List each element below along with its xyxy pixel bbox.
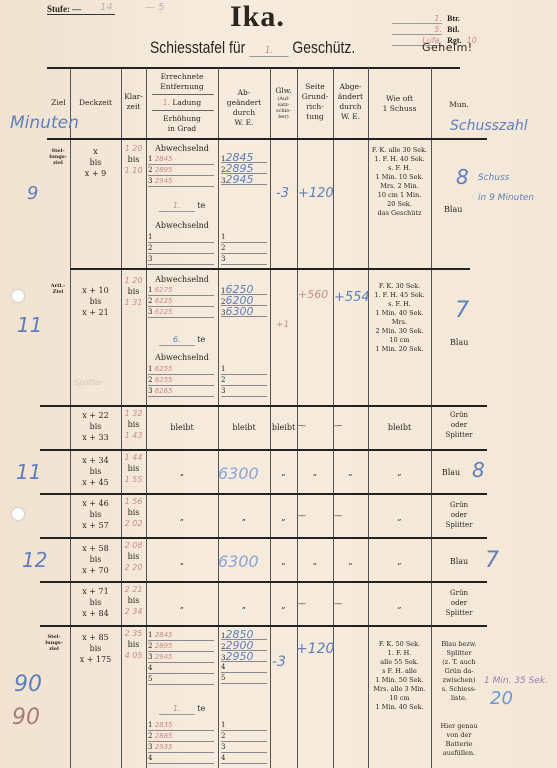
row8-type: Stel- lungs- ziel xyxy=(44,634,64,652)
table-top-rule xyxy=(47,67,460,69)
te-value: 6. xyxy=(159,334,195,346)
row2-glw-hw: +1 xyxy=(276,320,289,330)
klar-top: 1 56 xyxy=(121,496,146,507)
row8-ziel-hw-2: 90 xyxy=(12,705,40,730)
row4-deckzeit: x + 34 bis x + 45 xyxy=(70,455,121,488)
ladung-label: Ladung xyxy=(172,98,201,107)
row2-abwechselnd: Abwechselnd xyxy=(146,274,218,285)
row5-glw: „ xyxy=(270,512,297,523)
row7-seite: — xyxy=(297,598,307,609)
entf-value: 2835 xyxy=(155,721,173,729)
row8-mun-hw: 20 xyxy=(490,688,513,709)
row6-deckzeit: x + 58 bis x + 70 xyxy=(70,543,121,576)
row8-correction-hw: 1 Min. 35 Sek. xyxy=(484,676,548,686)
col-header-erhoehung: Erhöhung in Grad xyxy=(146,114,218,134)
col-header-glw: Glw. (Auf- satz- schie- ber) xyxy=(270,86,297,120)
entf-value: 6255 xyxy=(155,376,173,384)
klar-top: 2 21 xyxy=(121,584,146,595)
unit-block: 1. Btr. 5. Btl. Lufa. Rgt. 10 xyxy=(392,6,477,39)
klar-top: 1 32 xyxy=(121,408,146,419)
row8-wie-oft: F. K. 50 Sek. 1. F. H. alle 55 Sek. s F.… xyxy=(368,640,431,712)
row-rule xyxy=(40,405,487,407)
row7-abg: — xyxy=(333,598,343,609)
row6-seite: „ xyxy=(297,556,333,567)
header-bottom-rule xyxy=(47,138,487,140)
row2-deckzeit: x + 10 bis x + 21 xyxy=(70,285,121,318)
row6-abg: „ xyxy=(333,556,368,567)
we-value: 2950 xyxy=(225,650,253,663)
row2-wie-oft: F. K. 30 Sek. 1. F. H. 45 Sek. s. F. H. … xyxy=(368,282,431,354)
row6-we-hw: 6300 xyxy=(218,552,259,571)
row1-deckzeit: x bis x + 9 xyxy=(70,146,121,179)
col-divider xyxy=(146,68,147,768)
ziel-handwritten: Minuten xyxy=(10,113,79,133)
entf-value: 6225 xyxy=(155,308,173,316)
row4-wie-oft: „ xyxy=(368,467,431,478)
row7-entf: „ xyxy=(146,600,218,611)
row1-mun: Blau xyxy=(444,204,462,215)
row8-mun: Blau bezw. Splitter (z. T. auch Grün da-… xyxy=(431,640,487,703)
klar-bot: 1 10 xyxy=(121,165,146,176)
klar-bot: 1 55 xyxy=(121,474,146,485)
row3-glw: bleibt xyxy=(270,422,297,433)
klar-top: 2 35 xyxy=(121,628,146,639)
row1-abwechselnd-2: Abwechselnd xyxy=(146,220,218,231)
subtitle: Schiesstafel für 1. Geschütz. xyxy=(150,38,355,58)
row5-wie-oft: „ xyxy=(368,512,431,523)
geschuetz-number: 1. xyxy=(249,45,288,57)
row7-we: „ xyxy=(218,600,270,611)
stufe-label: Stufe: — xyxy=(47,4,81,14)
row-rule xyxy=(70,268,470,270)
klar-bot: 1 43 xyxy=(121,430,146,441)
col-divider xyxy=(297,68,298,768)
row2-ziel-hw: 11 xyxy=(17,313,42,337)
row5-we: „ xyxy=(218,512,270,523)
row1-entf2-lines: 123 xyxy=(148,232,214,265)
row3-mun: Grün oder Splitter xyxy=(431,410,487,440)
row2-seite-hw: +560 xyxy=(298,288,328,301)
row3-entf: bleibt xyxy=(146,422,218,433)
col-header-seite: Seite Grund- rich- tung xyxy=(297,82,333,122)
row2-abg-hw: +554 xyxy=(334,290,370,305)
glw-label: Glw. xyxy=(270,86,297,96)
row5-mun: Grün oder Splitter xyxy=(431,500,487,530)
row6-entf: „ xyxy=(146,556,218,567)
te-value: 1. xyxy=(159,200,195,212)
row-rule xyxy=(40,581,487,583)
header-divider xyxy=(152,94,214,95)
punch-hole xyxy=(12,508,24,520)
entf-value: 6225 xyxy=(155,297,173,305)
entf-value: 2845 xyxy=(155,155,173,163)
row8-klarzeit: 2 35 bis 4 05 xyxy=(121,628,146,661)
row8-seite-hw: +120 xyxy=(296,641,334,657)
entf-value: 6265 xyxy=(155,387,173,395)
row1-entf-lines: 1 2845 2 2895 3 2945 xyxy=(148,154,214,187)
subtitle-prefix: Schiesstafel für xyxy=(150,38,245,57)
entf-value: 2945 xyxy=(155,177,173,185)
klar-bot: 1 31 xyxy=(121,297,146,308)
row7-klarzeit: 2 21bis2 34 xyxy=(121,584,146,617)
klar-mid: bis xyxy=(121,286,146,297)
row8-ziel-hw: 90 xyxy=(14,672,42,697)
row8-glw-hw: -3 xyxy=(272,654,286,670)
row1-klarzeit: 1 20 bis 1 10 xyxy=(121,143,146,176)
klar-mid: bis xyxy=(121,154,146,165)
col-header-errechnete: Errechnete Entfernung xyxy=(146,72,218,92)
row6-mun-hw: 7 xyxy=(485,548,499,573)
row1-te: 1. te xyxy=(146,200,218,212)
row-rule xyxy=(40,537,487,539)
header-divider xyxy=(152,110,214,111)
klar-bot: 2 02 xyxy=(121,518,146,529)
col-header-abgeaendert: Ab- geändert durch W. E. xyxy=(218,88,270,128)
row3-we: bleibt xyxy=(218,422,270,433)
row5-abg: — xyxy=(333,510,343,521)
row8-we-lines: 12850 22900 32950 45 xyxy=(221,629,267,684)
col-divider xyxy=(270,68,271,768)
row2-we2-lines: 123 xyxy=(221,364,267,397)
row-rule xyxy=(40,625,487,627)
row3-deckzeit: x + 22 bis x + 33 xyxy=(70,410,121,443)
stufe-handwritten: 14 xyxy=(100,2,113,13)
row3-wie-oft: bleibt xyxy=(368,422,431,433)
klar-mid: bis xyxy=(121,639,146,650)
klar-bot: 2 20 xyxy=(121,562,146,573)
entf-value: 2885 xyxy=(155,732,173,740)
col-header-ziel: Ziel xyxy=(47,98,70,108)
row1-glw-hw: -3 xyxy=(276,186,289,201)
row8-mun-note: Hier genau von der Batterie ausfüllen. xyxy=(431,722,487,758)
stufe-underline xyxy=(47,14,115,15)
subtitle-suffix: Geschütz. xyxy=(292,38,355,57)
row5-deckzeit: x + 46 bis x + 57 xyxy=(70,498,121,531)
col-header-mun: Mun. xyxy=(431,100,487,110)
row6-glw: „ xyxy=(270,556,297,567)
row7-glw: „ xyxy=(270,600,297,611)
row2-we-lines: 16250 26200 36300 xyxy=(221,284,267,317)
te-label: te xyxy=(197,704,205,713)
row4-abg: „ xyxy=(333,467,368,478)
row4-mun: Blau xyxy=(431,467,471,478)
row5-klarzeit: 1 56bis2 02 xyxy=(121,496,146,529)
entf-value: 6275 xyxy=(155,286,173,294)
row2-abwechselnd-2: Abwechselnd xyxy=(146,352,218,363)
entf-value: 2895 xyxy=(155,166,173,174)
klar-bot: 4 05 xyxy=(121,650,146,661)
row4-seite: „ xyxy=(297,467,333,478)
row4-we-hw: 6300 xyxy=(218,464,259,483)
entf-value: 2935 xyxy=(155,743,173,751)
col-header-klarzeit: Klar- zeit xyxy=(121,92,146,112)
we-value: 6300 xyxy=(225,305,253,318)
row1-we-lines: 12845 22895 32945 xyxy=(221,152,267,185)
row1-mun-hw: 8 xyxy=(456,165,469,189)
row4-entf: „ xyxy=(146,467,218,478)
col-header-ladung: 1. Ladung xyxy=(146,98,218,108)
row4-glw: „ xyxy=(270,467,297,478)
te-label: te xyxy=(197,201,205,210)
row8-te: 1. te xyxy=(146,703,218,715)
te-value: 1. xyxy=(159,703,195,715)
row8-deckzeit: x + 85 bis x + 175 xyxy=(70,632,121,665)
punch-hole xyxy=(12,290,24,302)
entf-value: 2845 xyxy=(155,631,173,639)
mun-handwritten: Schusszahl xyxy=(450,118,528,134)
row3-klarzeit: 1 32bis1 43 xyxy=(121,408,146,441)
row-rule xyxy=(40,449,487,451)
entf-value: 6255 xyxy=(155,365,173,373)
row4-ziel-hw: 11 xyxy=(16,460,41,484)
geheim-label: Geheim! xyxy=(422,41,473,54)
row1-seite-hw: +120 xyxy=(298,186,334,201)
glw-sublabel: (Auf- satz- schie- ber) xyxy=(270,96,297,120)
row-rule xyxy=(40,493,487,495)
row6-ziel-hw: 12 xyxy=(22,548,47,572)
row2-te: 6. te xyxy=(146,334,218,346)
row6-mun: Blau xyxy=(431,556,487,567)
row2-mun-hw: 7 xyxy=(455,298,469,323)
row2-entf-lines: 1 6275 2 6225 3 6225 xyxy=(148,285,214,318)
klar-bot: 2 34 xyxy=(121,606,146,617)
row1-ziel-hw: 9 xyxy=(27,183,38,204)
document-page: Stufe: — 14 — 5 Ika. Schiesstafel für 1.… xyxy=(0,0,557,768)
klar-top: 2 08 xyxy=(121,540,146,551)
row8-entf2-lines: 1 2835 2 2885 3 2935 4 xyxy=(148,720,214,764)
row3-abg: — xyxy=(333,420,343,431)
col-header-abgeaendert-2: Abge- ändert durch W. E. xyxy=(333,82,368,122)
row1-type: Stel- lungs- ziel xyxy=(48,148,68,166)
row7-deckzeit: x + 71 bis x + 84 xyxy=(70,586,121,619)
col-divider xyxy=(333,68,334,768)
row5-seite: — xyxy=(297,510,307,521)
row2-mun: Blau xyxy=(450,337,468,348)
klar-top: 1 20 xyxy=(121,143,146,154)
col-header-deckzeit: Deckzeit xyxy=(70,98,121,108)
row4-klarzeit: 1 44bis1 55 xyxy=(121,452,146,485)
row5-entf: „ xyxy=(146,512,218,523)
klar-top: 1 20 xyxy=(121,275,146,286)
row7-wie-oft: „ xyxy=(368,600,431,611)
entf-value: 2945 xyxy=(155,653,173,661)
row1-wie-oft: F. K. alle 30 Sek. 1. F. H. 40 Sek. s. F… xyxy=(368,146,431,218)
row8-we2-lines: 1234 xyxy=(221,720,267,764)
klar-top: 1 44 xyxy=(121,452,146,463)
document-title: Ika. xyxy=(230,0,285,34)
te-label: te xyxy=(197,335,205,344)
col-divider xyxy=(218,68,219,768)
row6-klarzeit: 2 08bis2 20 xyxy=(121,540,146,573)
stufe-handwritten-2: — 5 xyxy=(145,2,165,13)
row1-note-hw: Schuss in 9 Minuten xyxy=(478,168,534,208)
we-value: 2945 xyxy=(225,173,253,186)
ladung-hw: 1. xyxy=(163,98,170,107)
row6-wie-oft: „ xyxy=(368,556,431,567)
row2-klarzeit: 1 20 bis 1 31 xyxy=(121,275,146,308)
row1-abwechselnd: Abwechselnd xyxy=(146,143,218,154)
col-header-wie-oft: Wie oft 1 Schuss xyxy=(368,94,431,114)
row3-seite: — xyxy=(297,420,307,431)
row2-deck-note: Splitter xyxy=(74,378,103,387)
row2-type: Artl.- Ziel xyxy=(48,283,68,295)
row2-entf2-lines: 1 6255 2 6255 3 6265 xyxy=(148,364,214,397)
entf-value: 2895 xyxy=(155,642,173,650)
row4-mun-hw: 8 xyxy=(472,458,485,482)
row1-we2-lines: 123 xyxy=(221,232,267,265)
row7-mun: Grün oder Splitter xyxy=(431,588,487,618)
row8-entf-lines: 1 2845 2 2895 3 2945 45 xyxy=(148,630,214,685)
